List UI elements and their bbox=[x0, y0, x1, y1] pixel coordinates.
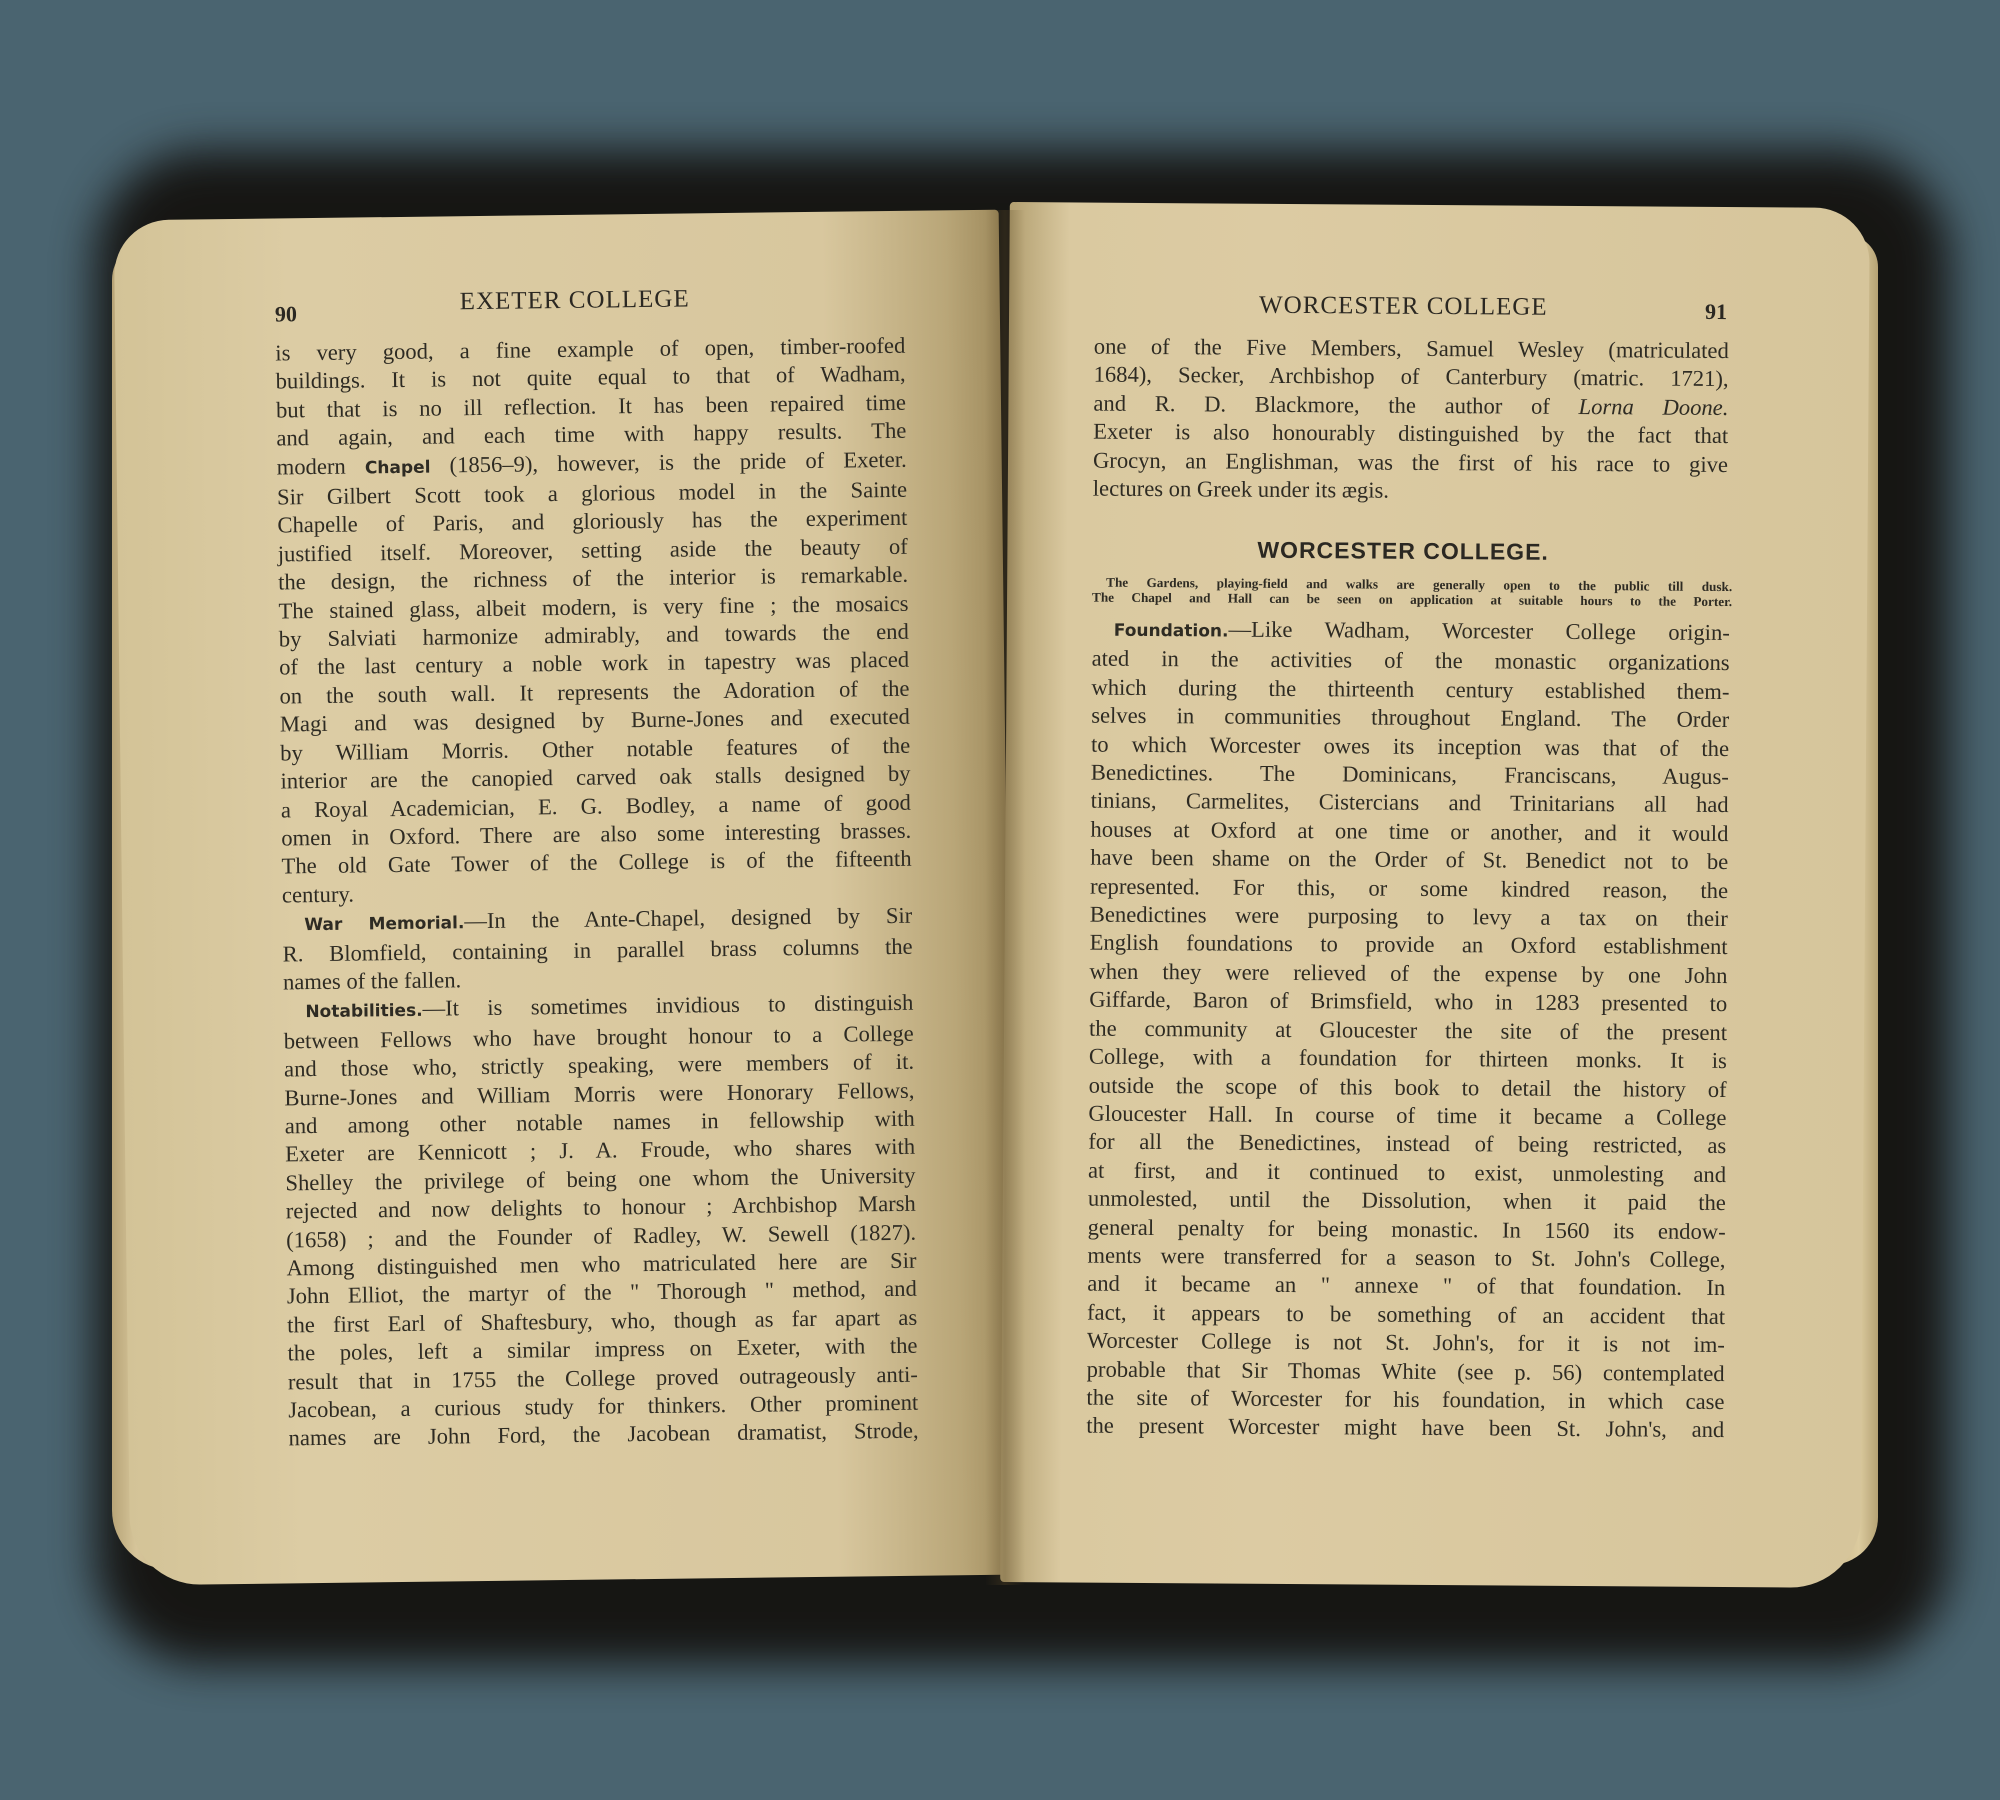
text-line: unmolested, until the Dissolution, when … bbox=[1088, 1185, 1726, 1218]
text-line: College, with a foundation for thirteen … bbox=[1089, 1043, 1727, 1076]
text-line: and R. D. Blackmore, the author of Lorna… bbox=[1093, 389, 1728, 422]
text-line: tinians, Carmelites, Cistercians and Tri… bbox=[1091, 787, 1729, 820]
text-line: 1684), Secker, Archbishop of Canterbury … bbox=[1094, 361, 1729, 394]
book-gutter bbox=[985, 210, 1025, 1585]
inline-heading-notabilities: Notabilities. bbox=[305, 1001, 422, 1022]
running-head: WORCESTER COLLEGE bbox=[1259, 292, 1548, 322]
right-body-text: Foundation.—Like Wadham, Worcester Colle… bbox=[1086, 615, 1730, 1445]
visiting-notice: The Gardens, playing-field and walks are… bbox=[1092, 575, 1732, 609]
right-intro-text: one of the Five Members, Samuel Wesley (… bbox=[1093, 333, 1729, 508]
text-line: Exeter is also honourably distinguished … bbox=[1093, 418, 1728, 451]
text-line: houses at Oxford at one time or another,… bbox=[1090, 815, 1728, 848]
text-line: Benedictines were purposing to levy a ta… bbox=[1090, 901, 1728, 934]
right-page: WORCESTER COLLEGE 91 one of the Five Mem… bbox=[1000, 202, 1870, 1588]
text-line: probable that Sir Thomas White (see p. 5… bbox=[1087, 1355, 1725, 1388]
page-number: 90 bbox=[275, 301, 297, 327]
text-line: for all the Benedictines, instead of bei… bbox=[1088, 1128, 1726, 1161]
text-line: fact, it appears to be something of an a… bbox=[1087, 1298, 1725, 1331]
inline-heading-foundation: Foundation. bbox=[1114, 621, 1229, 642]
section-title: WORCESTER COLLEGE. bbox=[1257, 537, 1549, 566]
text-line: Gloucester Hall. In course of time it be… bbox=[1088, 1099, 1726, 1132]
text-line: ated in the activities of the monastic o… bbox=[1092, 645, 1730, 678]
text-line: which during the thirteenth century esta… bbox=[1091, 673, 1729, 706]
inline-heading-chapel: Chapel bbox=[365, 457, 431, 478]
inline-heading-war-memorial: War Memorial. bbox=[304, 913, 464, 935]
text-line: and it became an " annexe " of that foun… bbox=[1087, 1270, 1725, 1303]
italic-book-title: Lorna Doone. bbox=[1578, 394, 1728, 420]
text-line: the community at Gloucester the site of … bbox=[1089, 1014, 1727, 1047]
text-line: have been shame on the Order of St. Bene… bbox=[1090, 844, 1728, 877]
left-body-text: is very good, a fine example of open, ti… bbox=[275, 332, 919, 1453]
text-line: English foundations to provide an Oxford… bbox=[1090, 929, 1728, 962]
text-line: ments were transferred for a season to S… bbox=[1087, 1242, 1725, 1275]
text-line: outside the scope of this book to detail… bbox=[1089, 1071, 1727, 1104]
text-line: selves in communities throughout England… bbox=[1091, 702, 1729, 735]
text-line: to which Worcester owes its inception wa… bbox=[1091, 730, 1729, 763]
text-line: at first, and it continued to exist, unm… bbox=[1088, 1156, 1726, 1189]
page-number: 91 bbox=[1705, 299, 1727, 325]
text-fragment: —Like Wadham, Worcester College origin- bbox=[1228, 617, 1730, 645]
text-line: the site of Worcester for his foundation… bbox=[1086, 1384, 1724, 1417]
text-line: Giffarde, Baron of Brimsfield, who in 12… bbox=[1089, 986, 1727, 1019]
text-line: represented. For this, or some kindred r… bbox=[1090, 872, 1728, 905]
text-line: Benedictines. The Dominicans, Franciscan… bbox=[1091, 759, 1729, 792]
text-line: when they were relieved of the expense b… bbox=[1089, 957, 1727, 990]
text-line: the present Worcester might have been St… bbox=[1086, 1412, 1724, 1445]
text-line: lectures on Greek under its ægis. bbox=[1093, 475, 1728, 508]
text-line: Grocyn, an Englishman, was the first of … bbox=[1093, 446, 1728, 479]
text-line: Foundation.—Like Wadham, Worcester Colle… bbox=[1092, 615, 1730, 650]
text-line: Worcester College is not St. John's, for… bbox=[1087, 1327, 1725, 1360]
text-line: one of the Five Members, Samuel Wesley (… bbox=[1094, 333, 1729, 366]
running-head: EXETER COLLEGE bbox=[460, 285, 690, 316]
text-line: general penalty for being monastic. In 1… bbox=[1088, 1213, 1726, 1246]
left-page: 90 EXETER COLLEGE is very good, a fine e… bbox=[114, 210, 1016, 1586]
notice-line: The Chapel and Hall can be seen on appli… bbox=[1092, 590, 1732, 609]
